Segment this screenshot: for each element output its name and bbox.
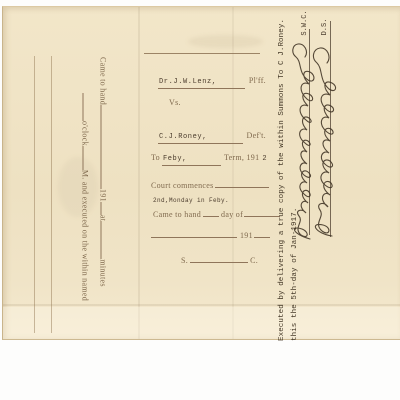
oclock-label: o'clock [81,121,90,146]
to-label: To [151,153,160,162]
blank-line [83,93,92,121]
blank-line [83,146,92,170]
year-row: 191 [151,229,270,240]
defendant-label: Def't. [247,131,266,140]
left-return-panel: Came to hand 191 at minutes o'clock M. a… [81,57,110,311]
court-date-row: 2nd,Monday in Feby. [153,197,229,204]
handwritten-signature-2 [308,21,338,241]
versus-row: Vs. [169,98,181,107]
term-month: Feby, [163,155,187,163]
fold-crease-vertical-2 [232,7,234,339]
term-row: To Feby, Term, 191 2 [151,147,267,166]
defendant-row: C.J.Roney, Def't. [158,125,266,144]
document-paper: Came to hand 191 at minutes o'clock M. a… [2,6,400,340]
court-commences-row: Court commences [151,179,269,190]
return-line-1: Came to hand 191 at minutes [99,57,110,311]
fold-crease-horizontal [3,304,400,306]
blank-line [151,229,237,238]
executed-within-named-label: M. and executed on the within named [81,170,90,301]
blank-line [101,202,110,215]
court-commences-label: Court commences [151,181,213,190]
day-of-label: day of [221,210,243,219]
return-ruled-line-2 [51,56,52,333]
officer-initial-left: S. [181,256,188,265]
year-prefix-label: 191 [240,231,253,240]
came-to-hand-label: Came to hand [153,210,201,219]
officer-initial-right: C. [250,256,258,265]
term-label: Term, 191 [224,153,259,162]
plaintiff-name: Dr.J.W.Lenz, [159,78,217,86]
paper-bottom-fold [3,307,400,339]
plaintiff-label: Pl'ff. [249,76,266,85]
defendant-name-field: C.J.Roney, [158,125,243,144]
fold-crease-vertical-1 [138,7,140,339]
blank-line [101,105,110,189]
faded-stamp-smudge [188,35,263,48]
came-to-hand-row: Came to hand day of [153,208,280,219]
plaintiff-row: Dr.J.W.Lenz, Pl'ff. [158,70,266,89]
blank-line [203,208,219,217]
blank-line [190,254,248,263]
blank-line [244,208,280,217]
blank-line [254,229,270,238]
officer-signature-row: S. C. [181,254,258,265]
blank-line [215,179,269,188]
plaintiff-name-field: Dr.J.W.Lenz, [158,70,245,89]
scanned-summons-photo: Came to hand 191 at minutes o'clock M. a… [0,0,400,400]
top-rule [144,53,260,54]
term-year-typed: 2 [262,155,267,163]
term-month-field: Feby, [162,147,221,166]
court-date-typed: 2nd,Monday in Feby. [153,197,229,204]
return-line-2: o'clock M. and executed on the within na… [81,57,92,311]
versus-label: Vs. [169,98,181,107]
minutes-label: minutes [99,259,108,286]
blank-line [101,221,110,259]
defendant-name: C.J.Roney, [159,133,207,141]
return-ruled-line-1 [34,56,35,333]
year-prefix-label: 191 [99,189,108,202]
came-to-hand-label: Came to hand [99,57,108,105]
